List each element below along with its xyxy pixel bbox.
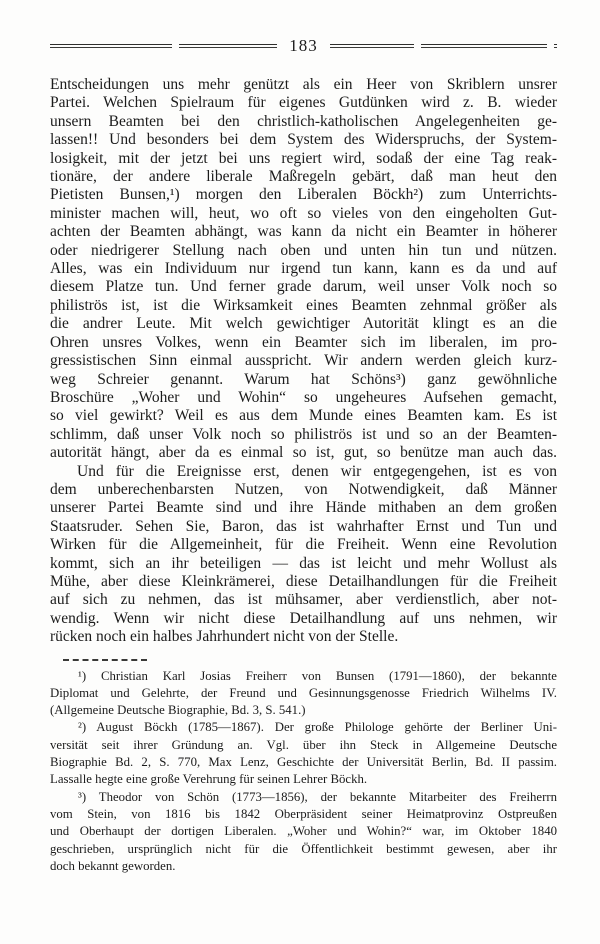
text-line: weg Schreier genannt. Warum hat Schöns³)… (50, 371, 557, 389)
header-rule-right (330, 44, 557, 49)
text-line: Alles, was ein Individuum nur irgend tun… (50, 260, 557, 278)
text-line: die andrer Leute. Mit welch gewichtiger … (50, 315, 557, 333)
page-content: 183 Entscheidungen uns mehr genützt als … (50, 36, 557, 875)
page-header: 183 (50, 36, 557, 56)
footnote-1: ¹) Christian Karl Josias Freiherr von Bu… (50, 668, 557, 720)
text-line: Mühe, aber diese Kleinkrämerei, diese De… (50, 573, 557, 591)
text-line: unserer Partei Beamte sind und ihre Händ… (50, 499, 557, 517)
text-line: ²) August Böckh (1785—1867). Der große P… (50, 719, 557, 736)
text-line: dem unberechenbarsten Nutzen, von Notwen… (50, 481, 557, 499)
text-line: wendig. Wenn wir nicht diese Detailhandl… (50, 610, 557, 628)
text-line: autorität hängt, aber da es einmal so is… (50, 444, 557, 462)
text-line: Biographie Bd. 2, S. 770, Max Lenz, Gesc… (50, 754, 557, 771)
text-line: (Allgemeine Deutsche Biographie, Bd. 3, … (50, 702, 557, 719)
text-line: kommt, sich an ihr beteiligen — das ist … (50, 555, 557, 573)
text-line: so viel gewirkt? Weil es aus dem Munde e… (50, 407, 557, 425)
text-line: geschrieben, ursprünglich nicht für die … (50, 841, 557, 858)
text-line: achten der Beamten abhängt, was kann da … (50, 223, 557, 241)
text-line: Lassalle hegte eine große Verehrung für … (50, 771, 557, 788)
text-line: Pietisten Bunsen,¹) morgen den Liberalen… (50, 186, 557, 204)
text-line: Diplomat und Gelehrte, der Freund und Ge… (50, 685, 557, 702)
paragraph: Entscheidungen uns mehr genützt als ein … (50, 76, 557, 463)
header-rule-left (50, 44, 277, 49)
text-line: gressistischen Sinn einmal ausspricht. W… (50, 352, 557, 370)
footnotes: ¹) Christian Karl Josias Freiherr von Bu… (50, 668, 557, 876)
rule-segment (179, 44, 277, 49)
body-text: Entscheidungen uns mehr genützt als ein … (50, 76, 557, 647)
text-line: ¹) Christian Karl Josias Freiherr von Bu… (50, 668, 557, 685)
text-line: Wirken für die Allgemeinheit, für die Fr… (50, 536, 557, 554)
text-line: versität seit ihrer Gründung an. Vgl. üb… (50, 737, 557, 754)
text-line: oder niedrigerer Stellung nach oben und … (50, 242, 557, 260)
text-line: und Oberhaupt der dortigen Liberalen. „W… (50, 823, 557, 840)
text-line: lassen!! Und besonders bei dem System de… (50, 131, 557, 149)
text-line: philiströs ist, ist die Wirksamkeit eine… (50, 297, 557, 315)
text-line: unsern Beamten bei den christlich-kathol… (50, 113, 557, 131)
text-line: Ohren unsres Volkes, wenn ein Beamter si… (50, 334, 557, 352)
text-line: vom Stein, von 1816 bis 1842 Oberpräside… (50, 806, 557, 823)
rule-segment (50, 44, 172, 49)
text-line: auf sich zu nehmen, das ist mühsamer, ab… (50, 591, 557, 609)
text-line: tionäre, der andere liberale Maßregeln g… (50, 168, 557, 186)
text-line: ³) Theodor von Schön (1773—1856), der be… (50, 789, 557, 806)
rule-segment (330, 44, 414, 49)
text-line: Staatsruder. Sehen Sie, Baron, das ist w… (50, 518, 557, 536)
text-line: diesem Platze tun. Und ferner grade daru… (50, 278, 557, 296)
page-number: 183 (289, 36, 318, 56)
text-line: minister machen will, heut, wo oft so vi… (50, 205, 557, 223)
book-page: 183 Entscheidungen uns mehr genützt als … (0, 0, 600, 944)
rule-end-tick (554, 44, 557, 49)
footnote-separator (63, 659, 147, 661)
paragraph: Und für die Ereignisse erst, denen wir e… (50, 463, 557, 647)
text-line: schlimm, daß unser Volk noch so philistr… (50, 426, 557, 444)
text-line: Entscheidungen uns mehr genützt als ein … (50, 76, 557, 94)
text-line: rücken noch ein halbes Jahrhundert nicht… (50, 628, 557, 646)
text-line: Broschüre „Woher und Wohin“ so ungeheure… (50, 389, 557, 407)
text-line: doch bekannt geworden. (50, 858, 557, 875)
footnote-3: ³) Theodor von Schön (1773—1856), der be… (50, 789, 557, 875)
text-line: Und für die Ereignisse erst, denen wir e… (50, 463, 557, 481)
text-line: Partei. Welchen Spielraum für eigenes Gu… (50, 94, 557, 112)
footnote-2: ²) August Böckh (1785—1867). Der große P… (50, 719, 557, 788)
text-line: losigkeit, mit der jetzt bei uns regiert… (50, 150, 557, 168)
rule-segment (421, 44, 547, 49)
